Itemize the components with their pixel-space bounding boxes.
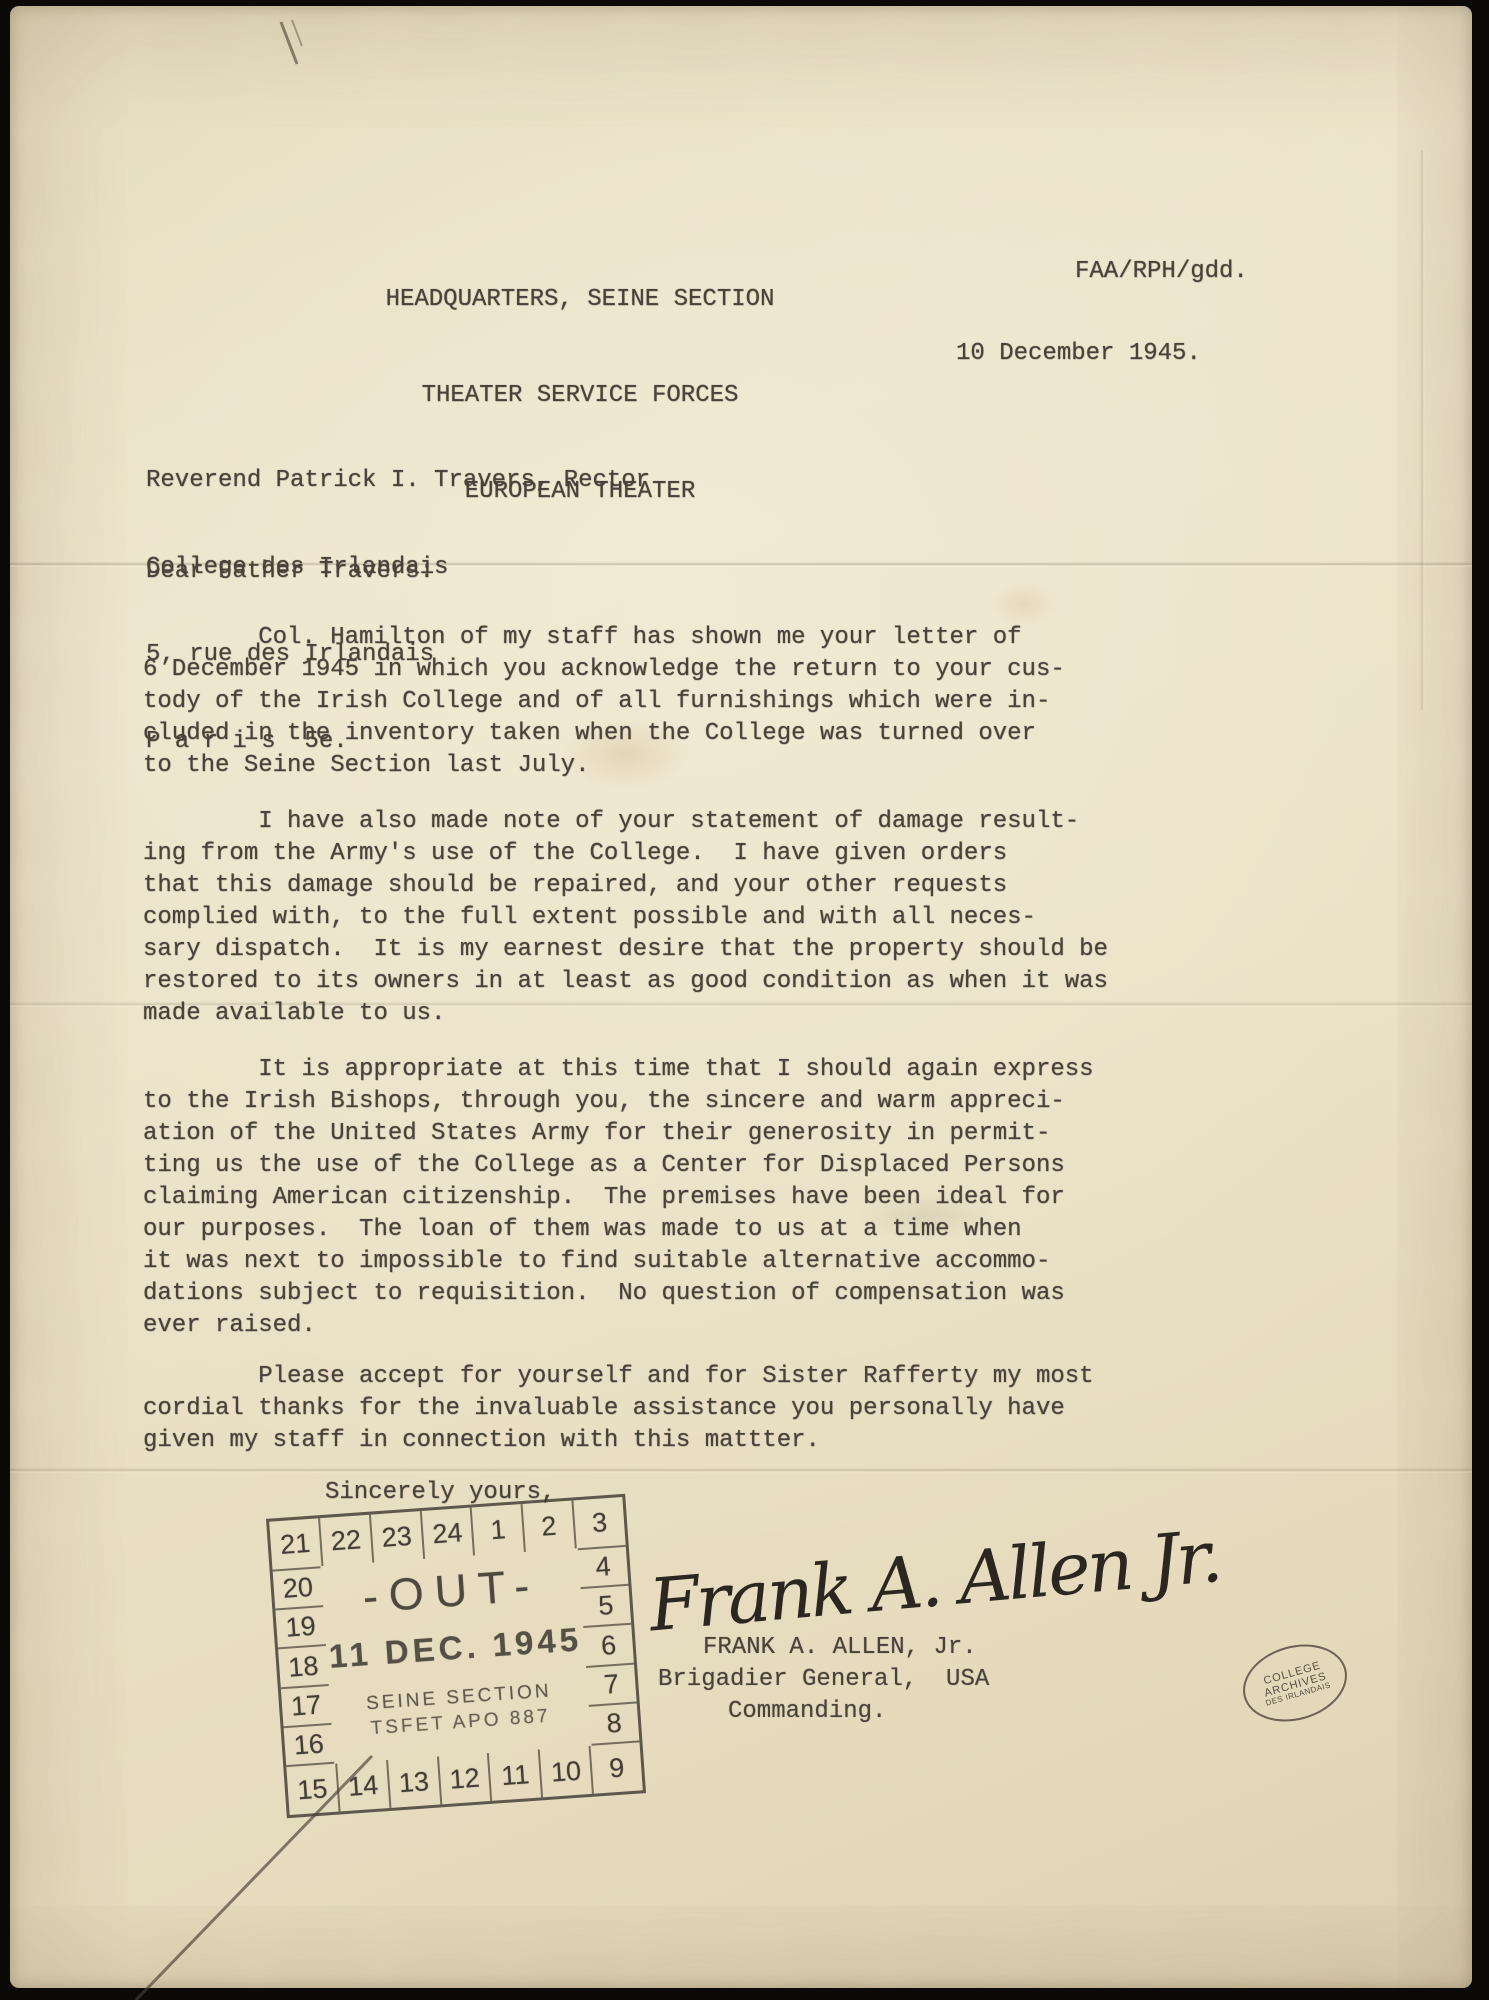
recipient-line: Reverend Patrick I. Travers, Rector <box>146 466 650 495</box>
stamp-hour: 16 <box>283 1723 334 1767</box>
stamp-hour: 8 <box>589 1701 640 1745</box>
stamp-hour: 13 <box>386 1757 440 1808</box>
paragraph-4: Please accept for yourself and for Siste… <box>143 1361 1094 1457</box>
stamp-date: 11 DEC. 1945 <box>328 1620 584 1676</box>
stamp-hour: 20 <box>273 1566 324 1608</box>
stamp-hour: 7 <box>586 1662 637 1704</box>
stamp-hour: 17 <box>281 1684 332 1726</box>
stamp-hour: 1 <box>470 1504 524 1555</box>
stamp-hour: 6 <box>583 1623 634 1665</box>
stamp-hour: 3 <box>572 1497 626 1548</box>
letterhead-line-1: HEADQUARTERS, SEINE SECTION <box>320 284 840 316</box>
stamp-hour: 2 <box>521 1501 575 1552</box>
stamp-hour: 23 <box>369 1511 423 1562</box>
salutation: Dear Father Travers: <box>146 556 434 588</box>
paragraph-1: Col. Hamilton of my staff has shown me y… <box>143 622 1065 782</box>
stamp-hour: 14 <box>335 1760 389 1811</box>
stamp-hour: 4 <box>578 1545 629 1587</box>
stamp-hour: 19 <box>275 1605 326 1647</box>
stamp-out-label: -OUT- <box>361 1559 542 1623</box>
stamp-hour: 24 <box>419 1508 473 1559</box>
paragraph-3: It is appropriate at this time that I sh… <box>143 1054 1094 1342</box>
foxing-stain <box>992 582 1056 626</box>
signature-name: FRANK A. ALLEN, Jr. <box>703 1634 977 1661</box>
stamp-hour: 5 <box>581 1584 632 1626</box>
out-date-stamp: 21 22 23 24 1 2 3 20 19 18 17 16 -OUT- 1… <box>266 1494 646 1818</box>
stamp-hour: 15 <box>286 1764 338 1815</box>
date-line: 10 December 1945. <box>956 338 1201 370</box>
fold-crease <box>1420 150 1425 710</box>
stamp-hour: 11 <box>487 1750 541 1801</box>
signature-title: Brigadier General, USA <box>658 1666 989 1693</box>
stamp-hour: 9 <box>589 1742 643 1793</box>
stamp-center: -OUT- 11 DEC. 1945 SEINE SECTION TSFET A… <box>320 1548 591 1764</box>
stamp-hour: 10 <box>538 1746 592 1797</box>
stamp-hour: 21 <box>269 1518 321 1569</box>
signature-role: Commanding. <box>728 1698 886 1725</box>
scanned-letter-page: HEADQUARTERS, SEINE SECTION THEATER SERV… <box>0 0 1489 2000</box>
stamp-hour: 18 <box>278 1644 329 1686</box>
stamp-hour: 22 <box>318 1515 372 1566</box>
stamp-hour: 12 <box>437 1753 491 1804</box>
fold-crease <box>10 1468 1472 1473</box>
paragraph-2: I have also made note of your statement … <box>143 806 1108 1030</box>
reference-code: FAA/RPH/gdd. <box>1075 256 1248 288</box>
